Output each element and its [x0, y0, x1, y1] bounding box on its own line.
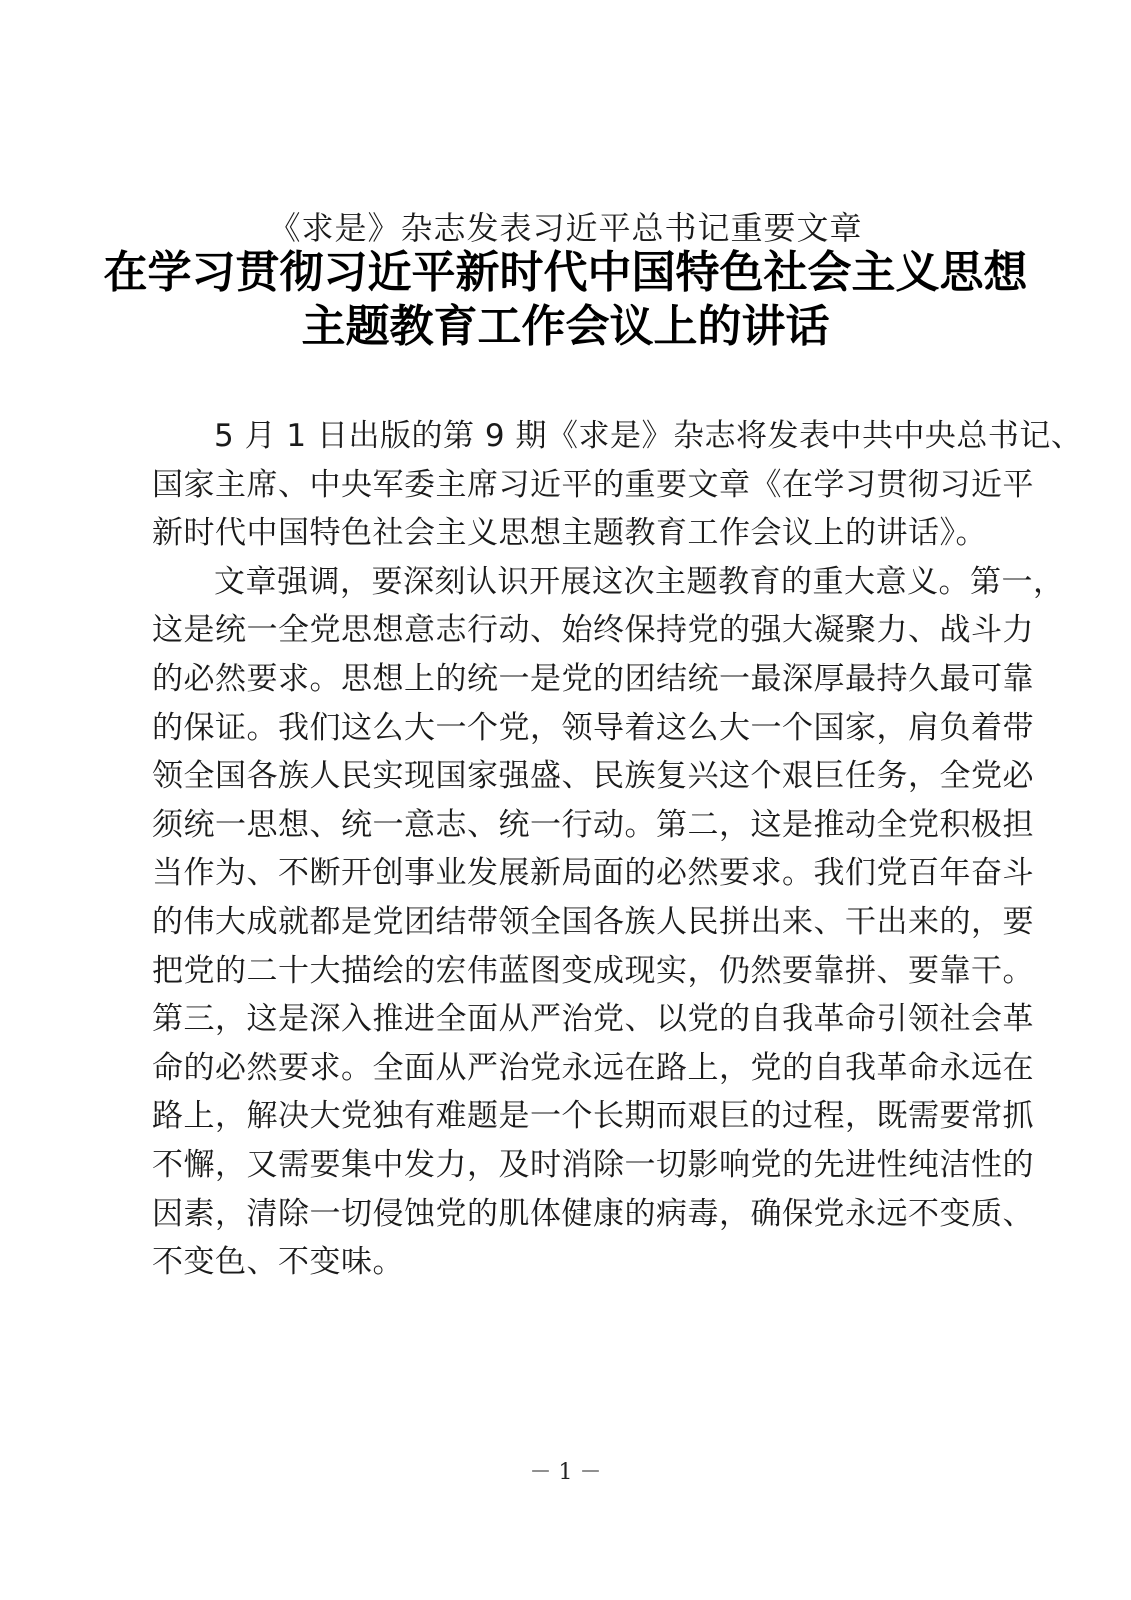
paragraph-1-line-3: 新时代中国特色社会主义思想主题教育工作会议上的讲话》。: [152, 509, 982, 558]
paragraph-2-line-12: 路上，解决大党独有难题是一个长期而艰巨的过程，既需要常抓: [152, 1092, 982, 1141]
paragraph-2-line-9: 把党的二十大描绘的宏伟蓝图变成现实，仍然要靠拼、要靠干。: [152, 947, 982, 996]
paragraph-2-line-3: 的必然要求。思想上的统一是党的团结统一最深厚最持久最可靠: [152, 655, 982, 704]
document-subtitle: 《求是》杂志发表习近平总书记重要文章: [0, 207, 1131, 249]
paragraph-2-line-14: 因素，清除一切侵蚀党的肌体健康的病毒，确保党永远不变质、: [152, 1190, 982, 1239]
paragraph-2-line-8: 的伟大成就都是党团结带领全国各族人民拼出来、干出来的，要: [152, 898, 982, 947]
paragraph-2-line-5: 领全国各族人民实现国家强盛、民族复兴这个艰巨任务，全党必: [152, 752, 982, 801]
paragraph-2-line-13: 不懈，又需要集中发力，及时消除一切影响党的先进性纯洁性的: [152, 1141, 982, 1190]
document-body: 5 月 1 日出版的第 9 期《求是》杂志将发表中共中央总书记、 国家主席、中央…: [152, 412, 982, 1287]
paragraph-2-line-1: 文章强调，要深刻认识开展这次主题教育的重大意义。第一，: [152, 558, 982, 607]
paragraph-1-line-1: 5 月 1 日出版的第 9 期《求是》杂志将发表中共中央总书记、: [152, 412, 982, 461]
paragraph-2-line-4: 的保证。我们这么大一个党，领导着这么大一个国家，肩负着带: [152, 704, 982, 753]
page-number: － 1 －: [0, 1458, 1131, 1488]
document-title-line-2: 主题教育工作会议上的讲话: [0, 300, 1131, 354]
document-title-line-1: 在学习贯彻习近平新时代中国特色社会主义思想: [0, 246, 1131, 300]
paragraph-2-line-2: 这是统一全党思想意志行动、始终保持党的强大凝聚力、战斗力: [152, 606, 982, 655]
document-page: 《求是》杂志发表习近平总书记重要文章 在学习贯彻习近平新时代中国特色社会主义思想…: [0, 0, 1131, 1600]
paragraph-2-line-7: 当作为、不断开创事业发展新局面的必然要求。我们党百年奋斗: [152, 849, 982, 898]
paragraph-2-line-6: 须统一思想、统一意志、统一行动。第二，这是推动全党积极担: [152, 801, 982, 850]
paragraph-2-line-11: 命的必然要求。全面从严治党永远在路上，党的自我革命永远在: [152, 1044, 982, 1093]
paragraph-2-line-15: 不变色、不变味。: [152, 1238, 982, 1287]
paragraph-2-line-10: 第三，这是深入推进全面从严治党、以党的自我革命引领社会革: [152, 995, 982, 1044]
paragraph-1-line-2: 国家主席、中央军委主席习近平的重要文章《在学习贯彻习近平: [152, 461, 982, 510]
